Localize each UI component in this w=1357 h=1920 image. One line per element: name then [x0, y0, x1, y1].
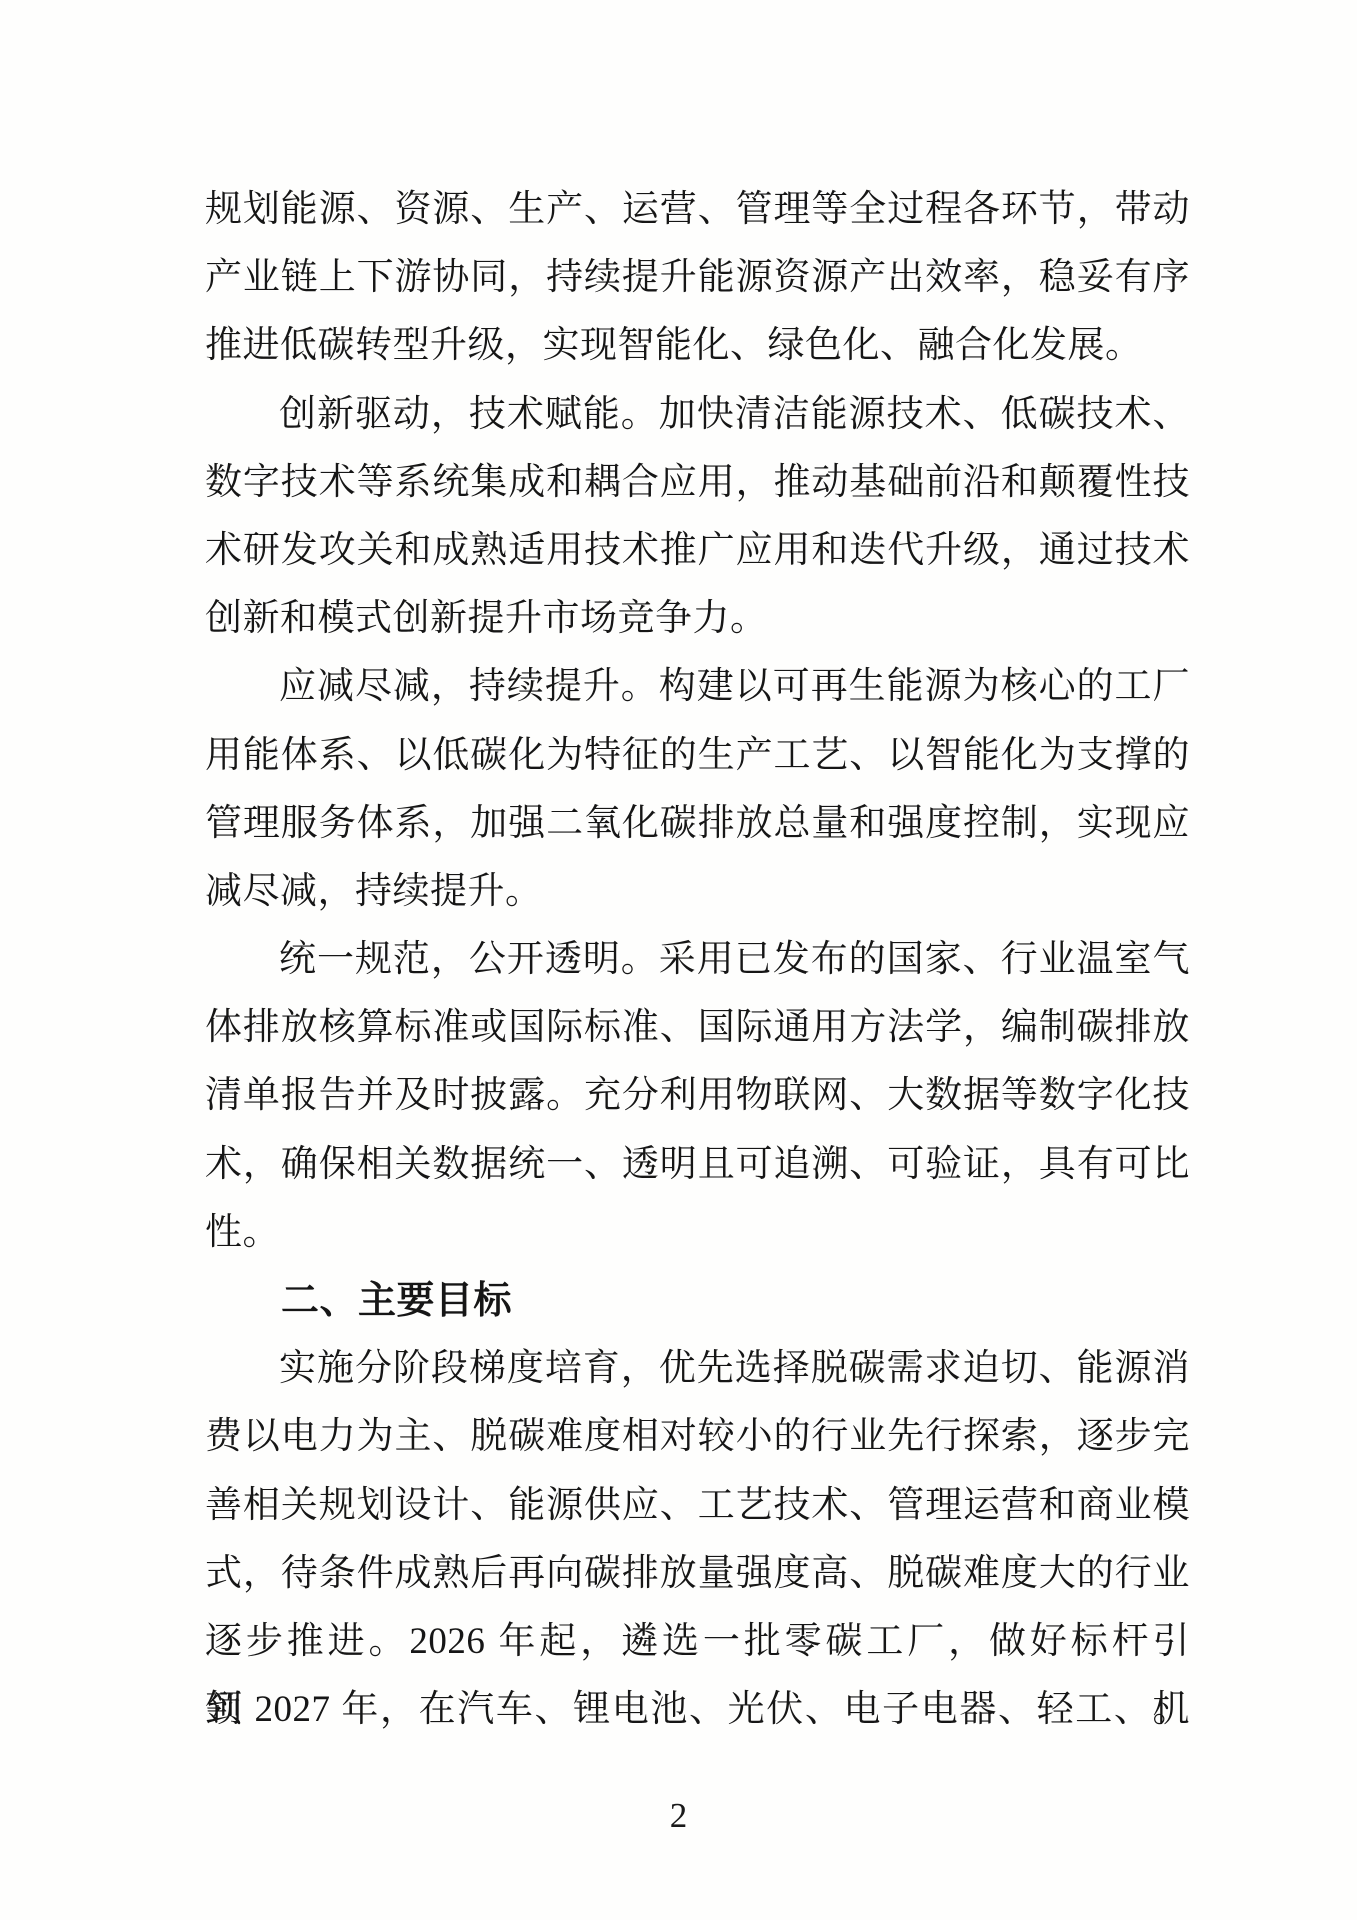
- text-line: 创新和模式创新提升市场竞争力。: [205, 585, 1190, 653]
- text-line: 清单报告并及时披露。充分利用物联网、大数据等数字化技: [205, 1062, 1190, 1130]
- text-line: 式，待条件成熟后再向碳排放量强度高、脱碳难度大的行业: [205, 1540, 1190, 1608]
- text-line: 费以电力为主、脱碳难度相对较小的行业先行探索，逐步完: [205, 1403, 1190, 1471]
- document-text-block: 规划能源、资源、生产、运营、管理等全过程各环节，带动 产业链上下游协同，持续提升…: [205, 176, 1190, 1744]
- text-line: 减尽减，持续提升。: [205, 858, 1190, 926]
- text-line: 产业链上下游协同，持续提升能源资源产出效率，稳妥有序: [205, 244, 1190, 312]
- text-line: 推进低碳转型升级，实现智能化、绿色化、融合化发展。: [205, 312, 1190, 380]
- text-line: 应减尽减，持续提升。构建以可再生能源为核心的工厂: [205, 653, 1190, 721]
- text-line: 管理服务体系，加强二氧化碳排放总量和强度控制，实现应: [205, 790, 1190, 858]
- text-line: 用能体系、以低碳化为特征的生产工艺、以智能化为支撑的: [205, 722, 1190, 790]
- section-heading-main-objectives: 二、主要目标: [205, 1267, 1190, 1335]
- text-line: 性。: [205, 1199, 1190, 1267]
- text-line: 术研发攻关和成熟适用技术推广应用和迭代升级，通过技术: [205, 517, 1190, 585]
- text-line: 实施分阶段梯度培育，优先选择脱碳需求迫切、能源消: [205, 1335, 1190, 1403]
- text-line: 术，确保相关数据统一、透明且可追溯、可验证，具有可比: [205, 1131, 1190, 1199]
- text-line: 到 2027 年，在汽车、锂电池、光伏、电子电器、轻工、机: [205, 1676, 1190, 1744]
- text-line: 体排放核算标准或国际标准、国际通用方法学，编制碳排放: [205, 994, 1190, 1062]
- text-line: 数字技术等系统集成和耦合应用，推动基础前沿和颠覆性技: [205, 449, 1190, 517]
- text-line: 统一规范，公开透明。采用已发布的国家、行业温室气: [205, 926, 1190, 994]
- document-page: 规划能源、资源、生产、运营、管理等全过程各环节，带动 产业链上下游协同，持续提升…: [0, 0, 1357, 1920]
- page-number: 2: [0, 1792, 1357, 1840]
- text-line: 创新驱动，技术赋能。加快清洁能源技术、低碳技术、: [205, 381, 1190, 449]
- text-line: 规划能源、资源、生产、运营、管理等全过程各环节，带动: [205, 176, 1190, 244]
- text-line: 逐步推进。2026 年起，遴选一批零碳工厂，做好标杆引领。: [205, 1608, 1190, 1676]
- text-line: 善相关规划设计、能源供应、工艺技术、管理运营和商业模: [205, 1472, 1190, 1540]
